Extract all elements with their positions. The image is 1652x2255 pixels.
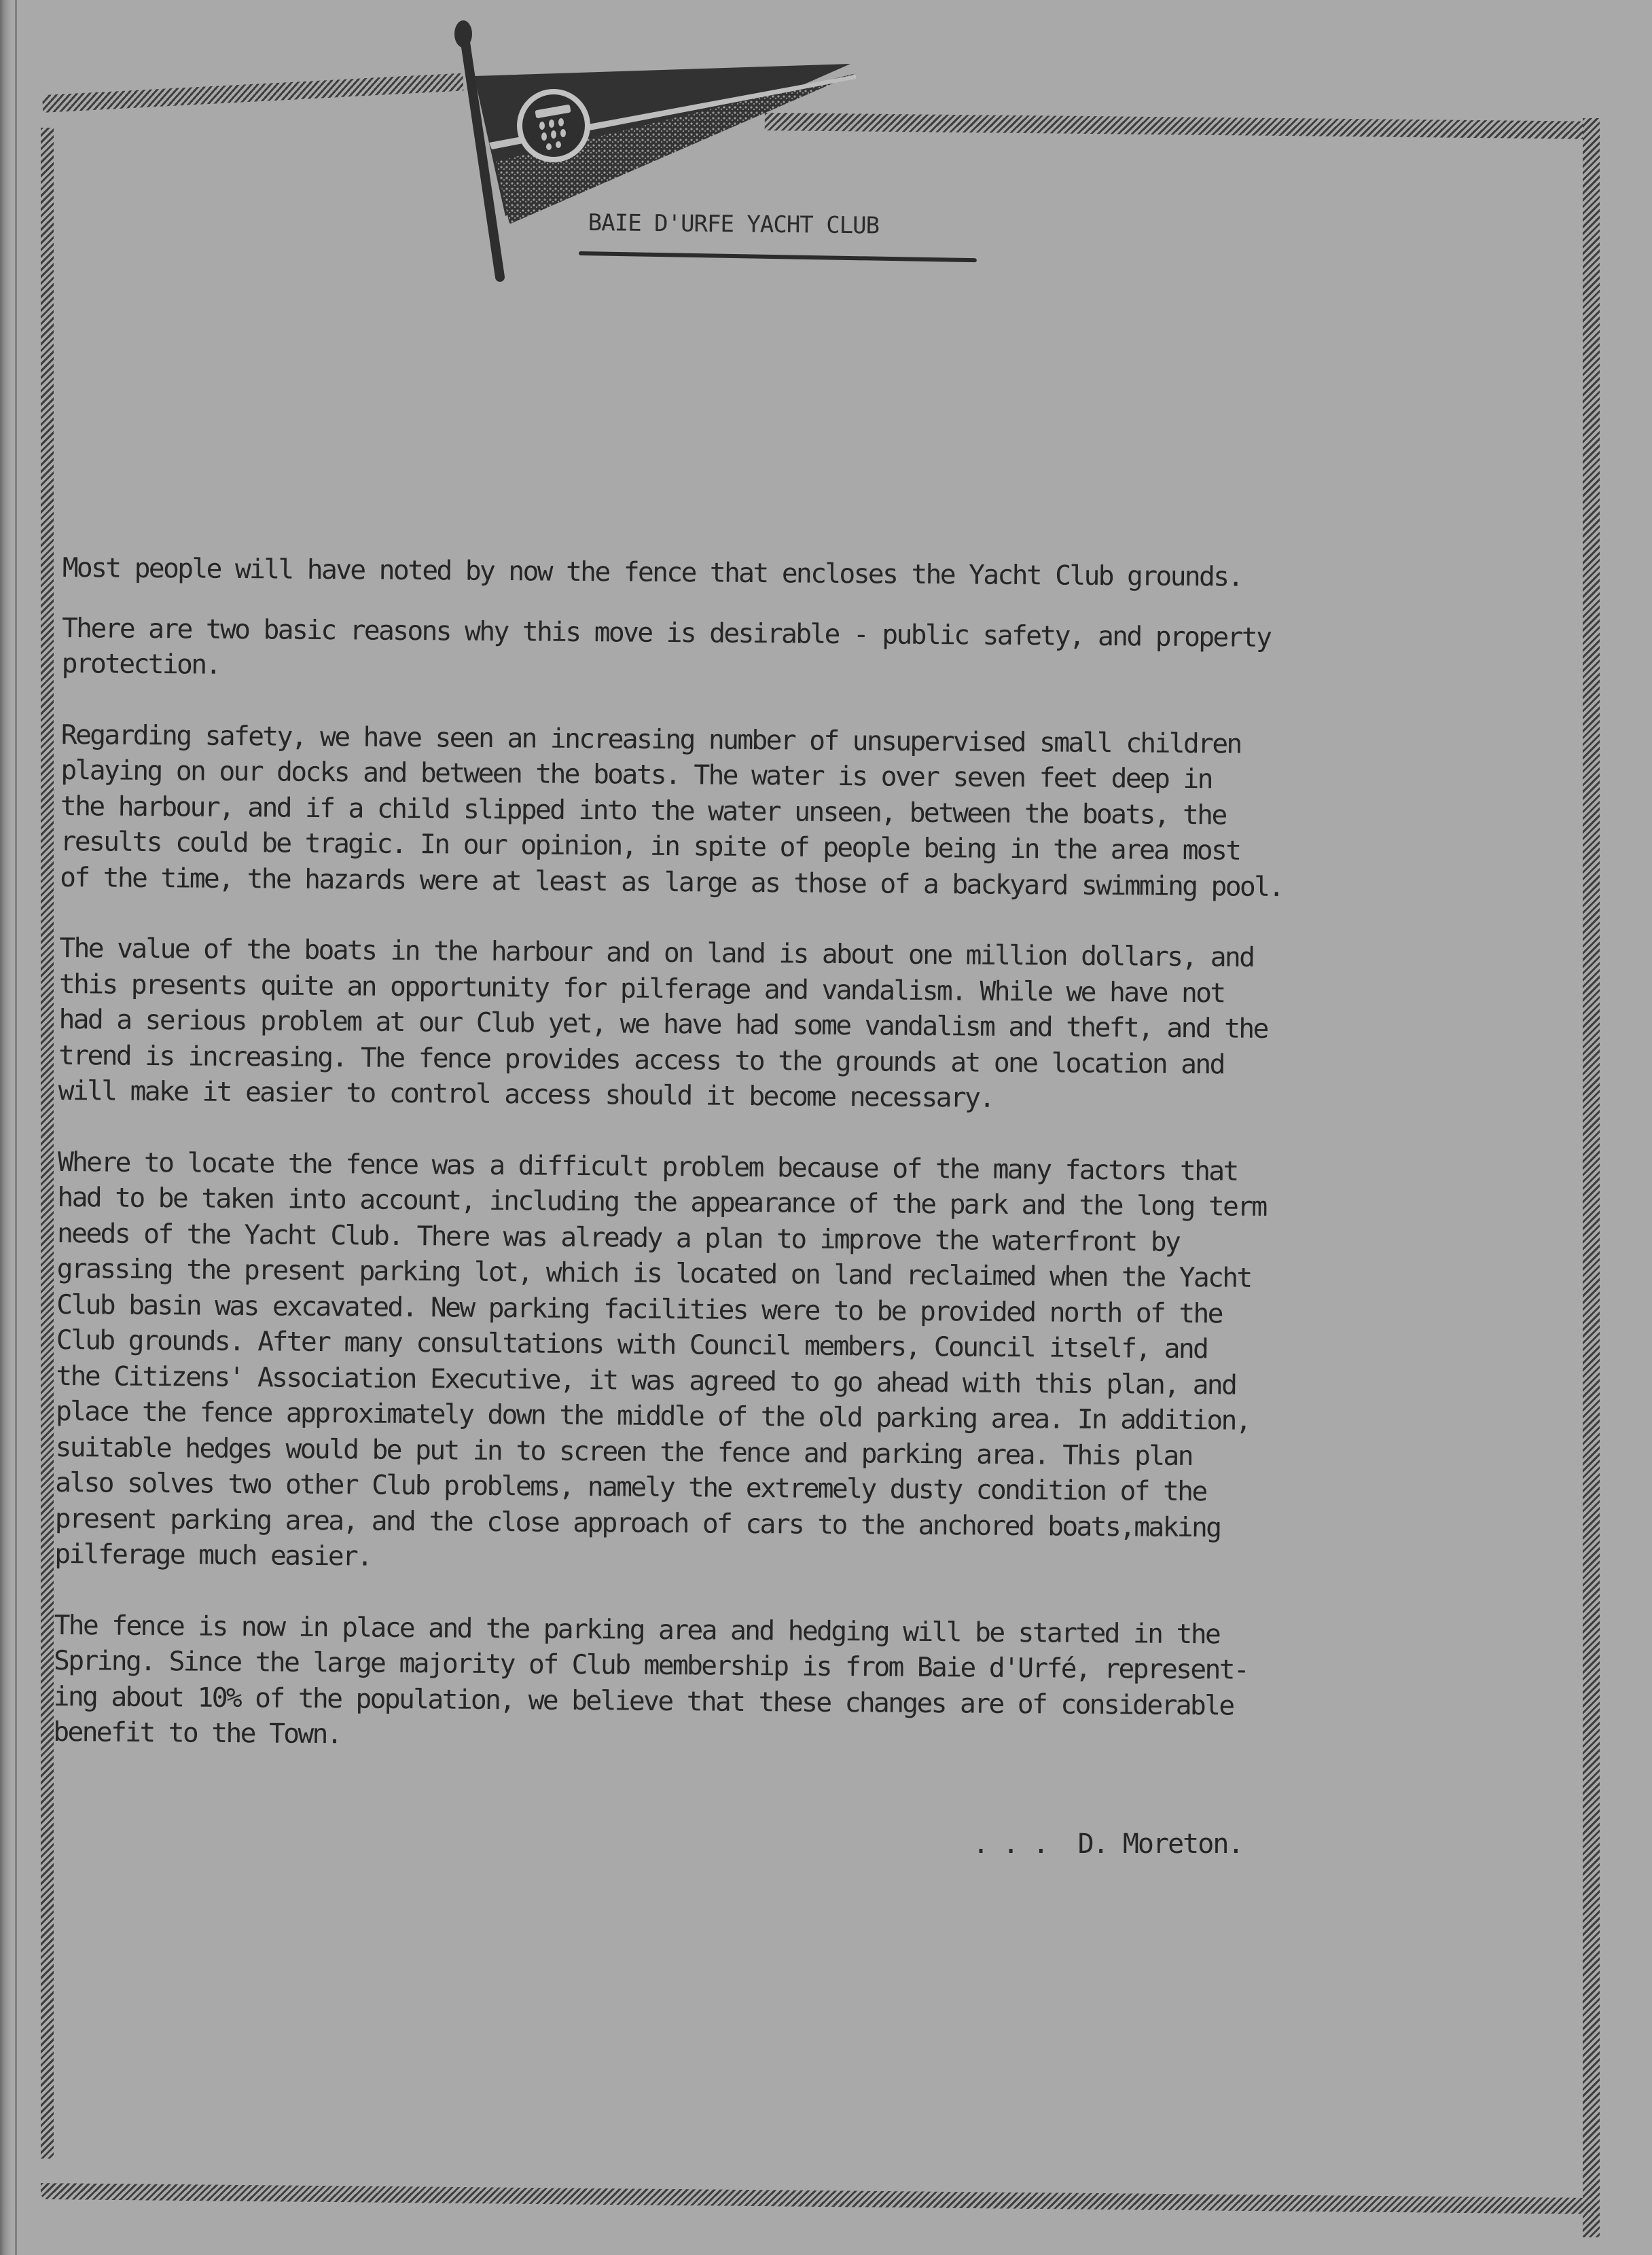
paragraph-reasons: There are two basic reasons why this mov… [61, 610, 1583, 693]
article-body: Most people will have noted by now the f… [53, 550, 1584, 1797]
hatched-border-top-left [42, 73, 464, 113]
hatched-border-left [41, 128, 54, 2159]
author-signature: . . . D. Moreton. [973, 1828, 1242, 1860]
hatched-border-top-right [765, 113, 1597, 139]
paragraph-intro: Most people will have noted by now the f… [62, 550, 1584, 598]
crest-emblem [517, 89, 590, 162]
pennant-logo-icon [435, 14, 869, 285]
paragraph-safety: Regarding safety, we have seen an increa… [60, 717, 1583, 907]
paragraph-conclusion: The fence is now in place and the parkin… [53, 1607, 1576, 1762]
paragraph-location: Where to locate the fence was a difficul… [54, 1144, 1579, 1584]
hatched-border-right [1583, 118, 1600, 2237]
club-title: BAIE D'URFE YACHT CLUB [588, 209, 880, 239]
paragraph-property: The value of the boats in the harbour an… [58, 931, 1581, 1121]
page-binding-edge [0, 0, 12, 2255]
hatched-border-bottom [41, 2183, 1600, 2214]
page-binding-line [15, 0, 17, 2255]
